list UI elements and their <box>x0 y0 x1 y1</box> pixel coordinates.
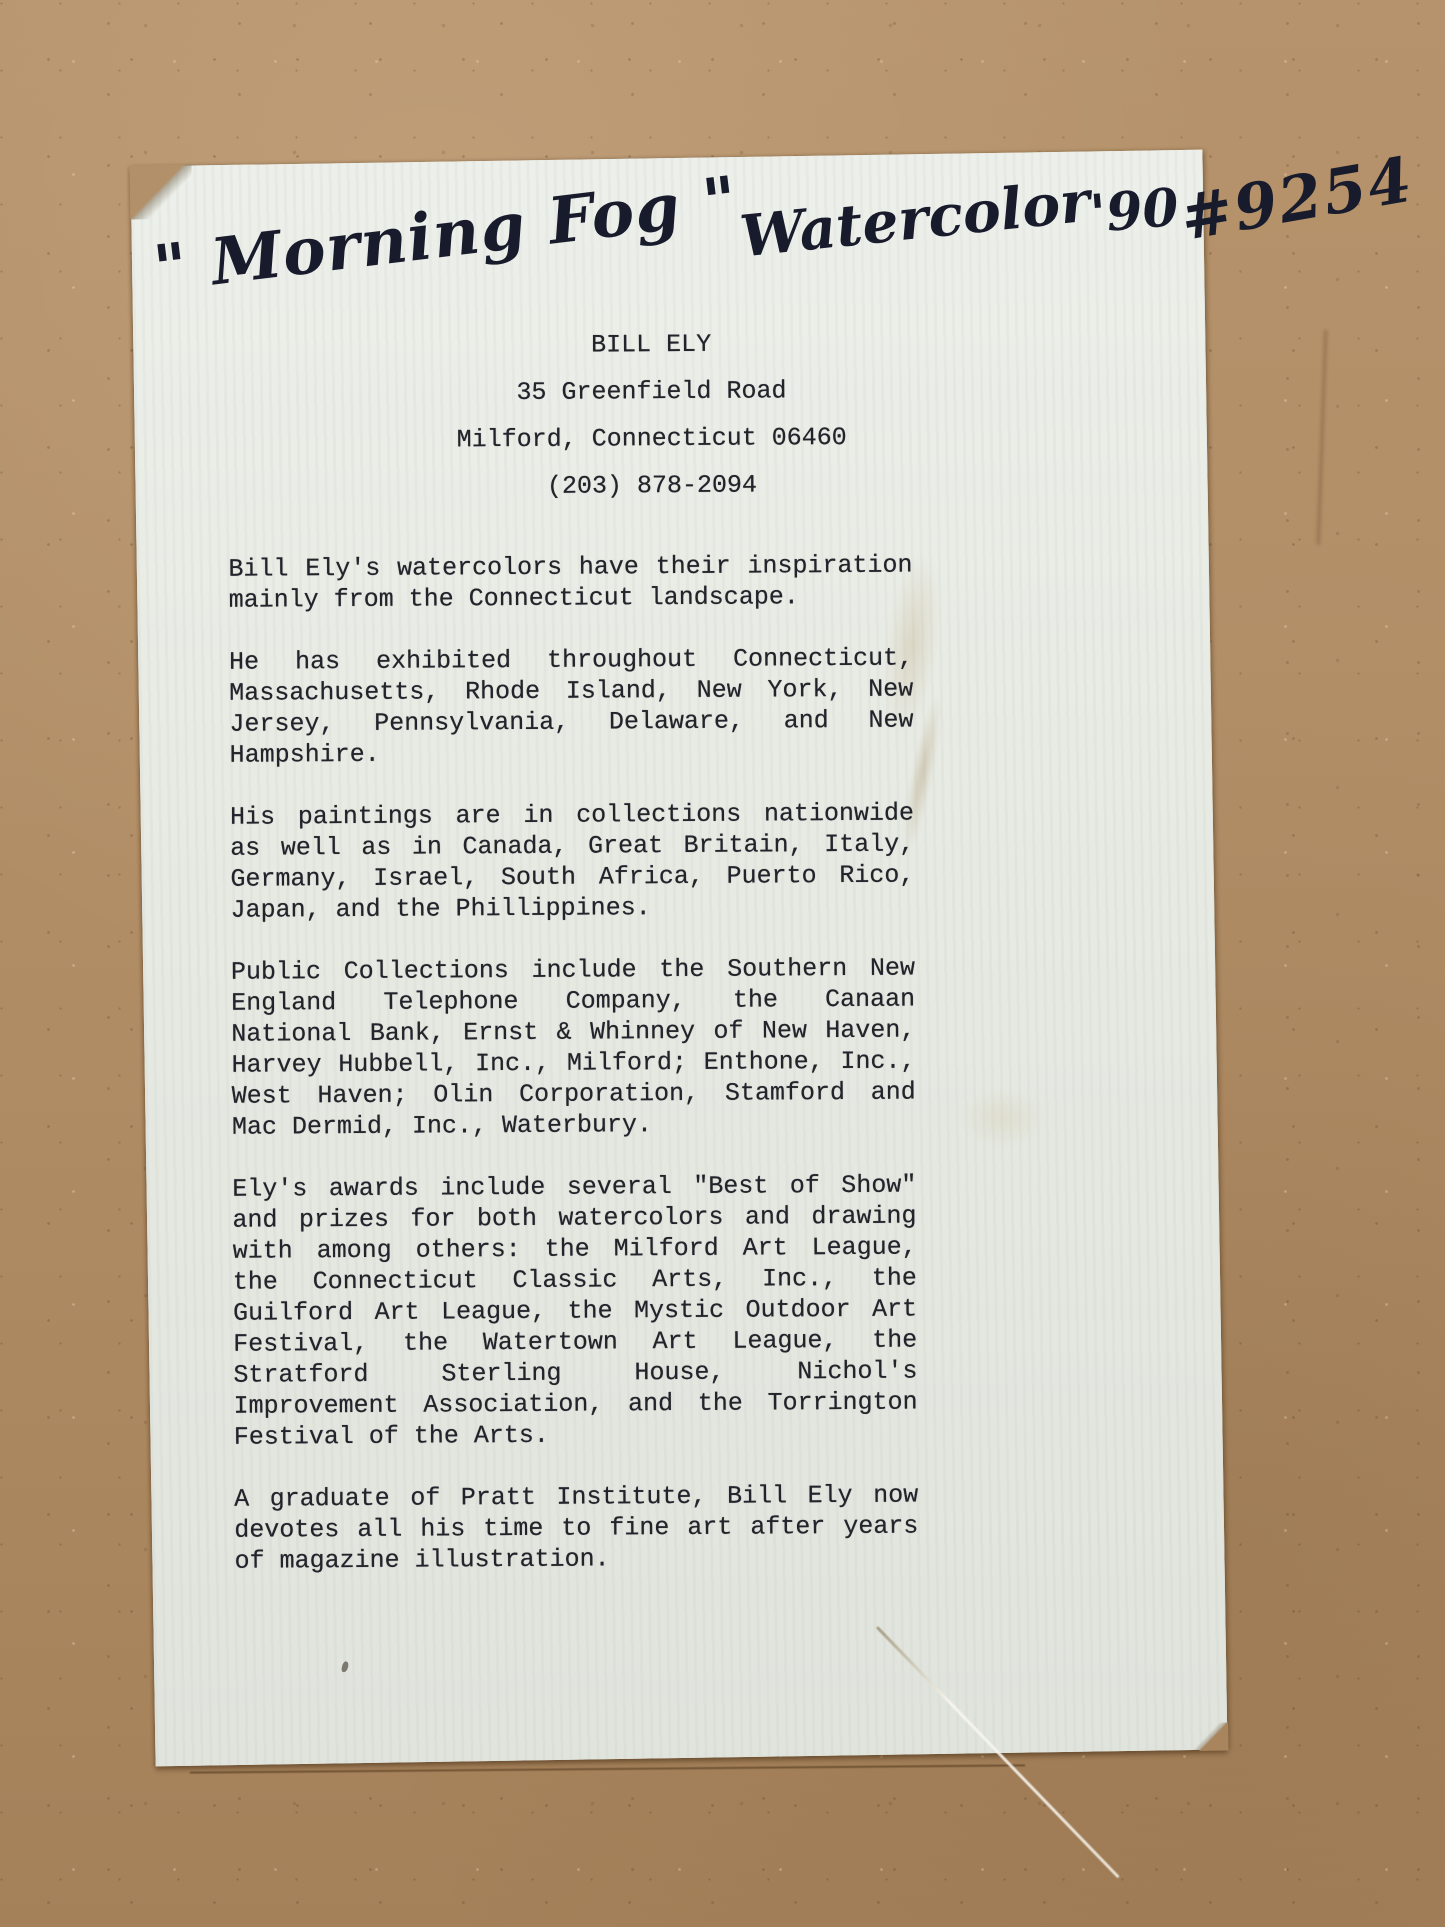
bio-paragraph-education: A graduate of Pratt Institute, Bill Ely … <box>234 1480 919 1577</box>
annotation-artwork-title: " Morning Fog " <box>150 162 742 307</box>
address-line-1: 35 Greenfield Road <box>309 366 993 417</box>
bio-paragraph-awards: Ely's awards include several "Best of Sh… <box>232 1170 918 1453</box>
paper-stain-faint <box>957 1087 1048 1148</box>
annotation-year: '90 <box>1088 177 1181 245</box>
paper-sheet: " Morning Fog " Watercolor '90 #9254 BIL… <box>131 150 1228 1767</box>
paper-speck <box>341 1661 349 1673</box>
contact-block: BILL ELY 35 Greenfield Road Milford, Con… <box>309 319 994 511</box>
bio-paragraph-exhibitions: He has exhibited throughout Connecticut,… <box>229 643 914 771</box>
handwritten-annotation: " Morning Fog " Watercolor '90 #9254 <box>150 156 1184 283</box>
annotation-medium: Watercolor <box>737 168 1093 271</box>
typed-bio-text: BILL ELY 35 Greenfield Road Milford, Con… <box>227 320 919 1577</box>
address-line-2: Milford, Connecticut 06460 <box>310 413 994 464</box>
folded-corner-bottom-right <box>1192 1722 1228 1751</box>
cardboard-backing: " Morning Fog " Watercolor '90 #9254 BIL… <box>0 0 1445 1927</box>
artist-name: BILL ELY <box>309 319 993 370</box>
phone-number: (203) 878-2094 <box>310 460 994 511</box>
bio-paragraph-inspiration: Bill Ely's watercolors have their inspir… <box>228 550 912 616</box>
bio-paragraph-public-collections: Public Collections include the Southern … <box>231 953 916 1143</box>
bio-paragraph-collections-worldwide: His paintings are in collections nationw… <box>230 798 915 926</box>
